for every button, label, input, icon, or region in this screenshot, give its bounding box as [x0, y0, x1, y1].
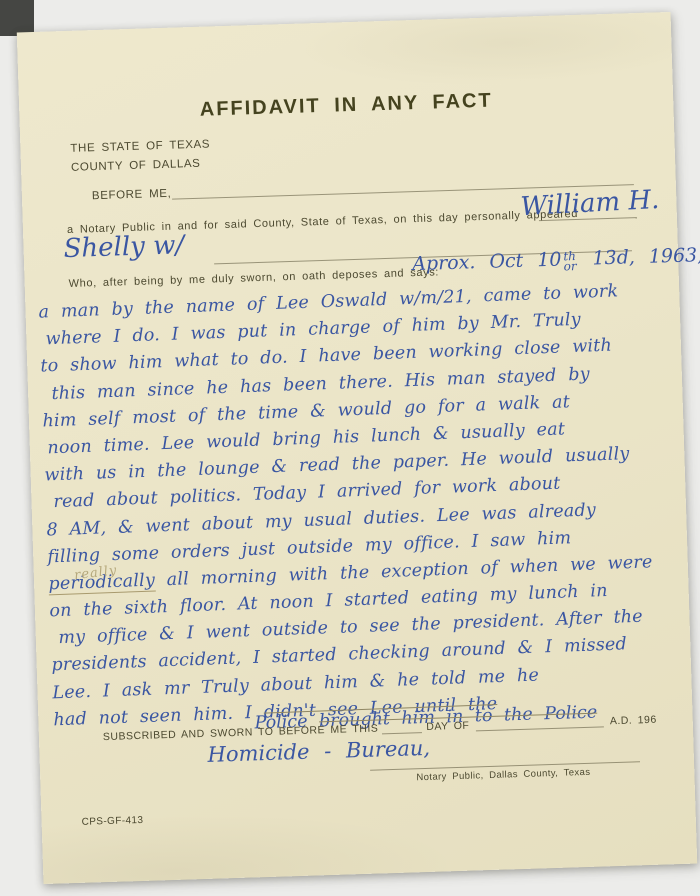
county-line: COUNTY OF DALLAS — [71, 158, 201, 174]
date-prefix: Aprox. Oct 10 — [412, 248, 562, 275]
pencil-annotation: really — [73, 557, 119, 589]
ad-year-label: A.D. 196 — [610, 714, 657, 727]
handwritten-name-part1: William H. — [520, 185, 660, 222]
state-line: THE STATE OF TEXAS — [70, 138, 210, 154]
handwritten-name-part2: Shelly w/ — [63, 230, 184, 264]
scanned-photo: AFFIDAVIT IN ANY FACT THE STATE OF TEXAS… — [0, 0, 700, 896]
date-or: or — [564, 261, 577, 271]
underlined-word: reallyperiodically — [48, 570, 155, 595]
day-blank-line — [382, 720, 422, 734]
form-number: CPS-GF-413 — [81, 815, 143, 828]
form-title: AFFIDAVIT IN ANY FACT — [19, 84, 673, 128]
scan-background-corner — [0, 0, 34, 36]
month-blank-line — [475, 714, 604, 731]
before-me-label: BEFORE ME, — [92, 188, 172, 202]
handwritten-statement: a man by the name of Lee Oswald w/m/21, … — [38, 276, 688, 734]
date-suffix: 13d, 1963, — [592, 244, 700, 269]
affidavit-document: AFFIDAVIT IN ANY FACT THE STATE OF TEXAS… — [17, 12, 697, 884]
date-ordinal-stack: thor — [563, 251, 577, 271]
notary-caption: Notary Public, Dallas County, Texas — [416, 767, 590, 783]
day-of-label: DAY OF — [426, 720, 469, 733]
